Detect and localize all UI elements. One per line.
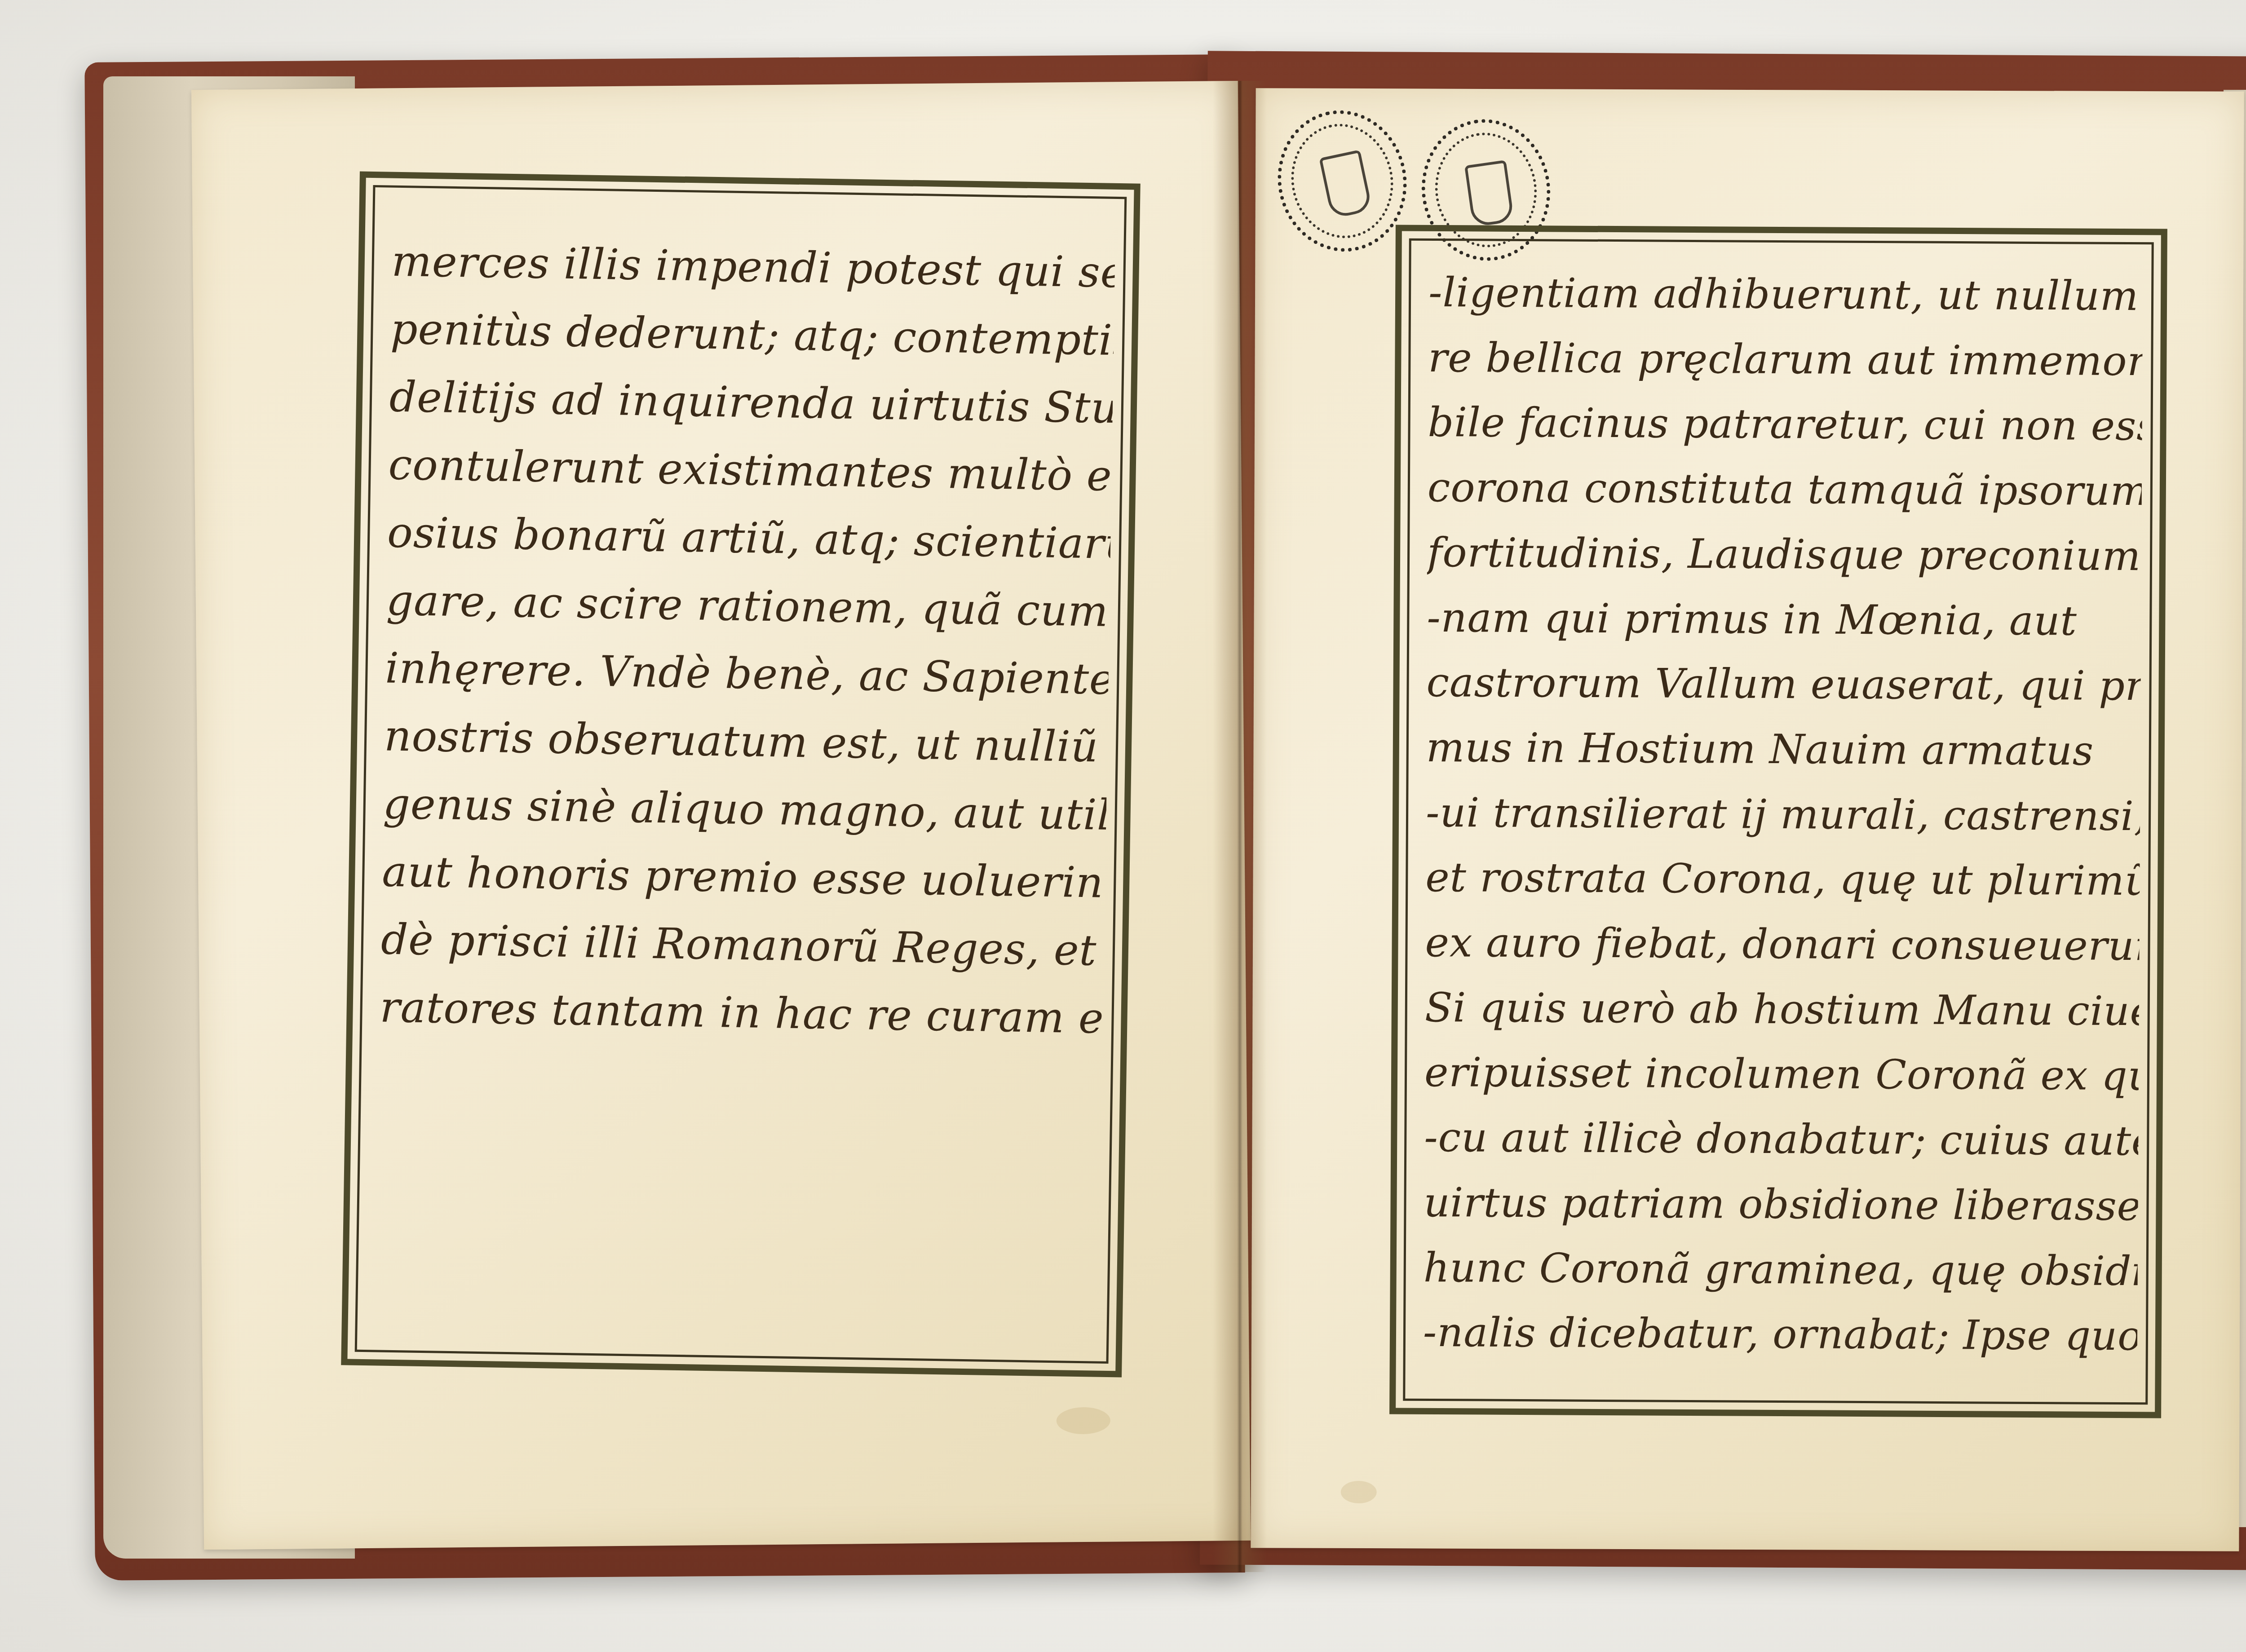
text-line: gare, ac scire rationem, quã cumulandis …: [386, 567, 1110, 646]
text-line: uirtus patriam obsidione liberasset,: [1424, 1168, 2138, 1237]
left-text-frame: merces illis impendi potest qui se Doctr…: [341, 172, 1141, 1378]
text-line: contulerunt existimantes multò esse pret…: [388, 431, 1112, 510]
text-line: nostris obseruatum est, ut nulliũ uirtut…: [384, 702, 1108, 782]
text-line: mus in Hostium Nauim armatus: [1426, 713, 2140, 782]
text-line: -cu aut illicè donabatur; cuius autem: [1424, 1103, 2139, 1172]
left-text-block: merces illis impendi potest qui se Doctr…: [375, 228, 1115, 1326]
text-line: re bellica pręclarum aut immemora-: [1428, 323, 2143, 392]
text-line: eripuisset incolumen Coronã ex quer-: [1424, 1038, 2139, 1107]
text-line: inhęrere. Vndè benè, ac Sapienter à Maio…: [385, 635, 1109, 714]
text-line: -nam qui primus in Mœnia, aut: [1427, 583, 2141, 652]
text-line: dè prisci illi Romanorũ Reges, et Impe-: [380, 906, 1105, 985]
text-line: bile facinus patraretur, cui non esset: [1428, 388, 2142, 457]
page-stain: [1341, 1481, 1377, 1503]
text-line: aut honoris premio esse uoluerint. Siqui…: [381, 838, 1105, 917]
text-line: -ligentiam adhibuerunt, ut nullum in: [1428, 258, 2143, 327]
text-line: -ui transilierat ij murali, castrensi,: [1426, 778, 2140, 847]
text-line: merces illis impendi potest qui se Doctr…: [391, 228, 1115, 307]
text-line: ex auro fiebat, donari consueuerunt:: [1425, 908, 2140, 977]
text-line: penitùs dederunt; atq; contemptis Mundi: [390, 296, 1114, 375]
page-stain: [1057, 1407, 1111, 1434]
text-line: castrorum Vallum euaserat, qui pri-: [1426, 648, 2141, 717]
text-line: delitijs ad inquirenda uirtutis Studia s…: [389, 363, 1113, 442]
book-gutter: [1213, 81, 1267, 1572]
text-line: fortitudinis, Laudisque preconium:: [1427, 518, 2142, 587]
text-line: hunc Coronã graminea, quę obsidio-: [1423, 1233, 2138, 1302]
text-line: genus sinè aliquo magno, aut utilitatis,: [383, 770, 1107, 849]
text-line: ratores tantam in hac re curam et di-: [380, 973, 1104, 1052]
text-line: -nalis dicebatur, ornabat; Ipse quoque: [1423, 1298, 2138, 1367]
text-line: osius bonarũ artiũ, atq; scientiarũ inue…: [387, 499, 1111, 578]
text-line: Si quis uerò ab hostium Manu ciuẽ: [1424, 973, 2139, 1042]
text-line: corona constituta tamquã ipsorum: [1428, 453, 2142, 522]
right-text-block: -ligentiam adhibuerunt, ut nullum in re …: [1423, 258, 2143, 1367]
right-text-frame: -ligentiam adhibuerunt, ut nullum in re …: [1389, 225, 2167, 1418]
text-line: et rostrata Corona, quę ut plurimũ: [1425, 843, 2140, 912]
